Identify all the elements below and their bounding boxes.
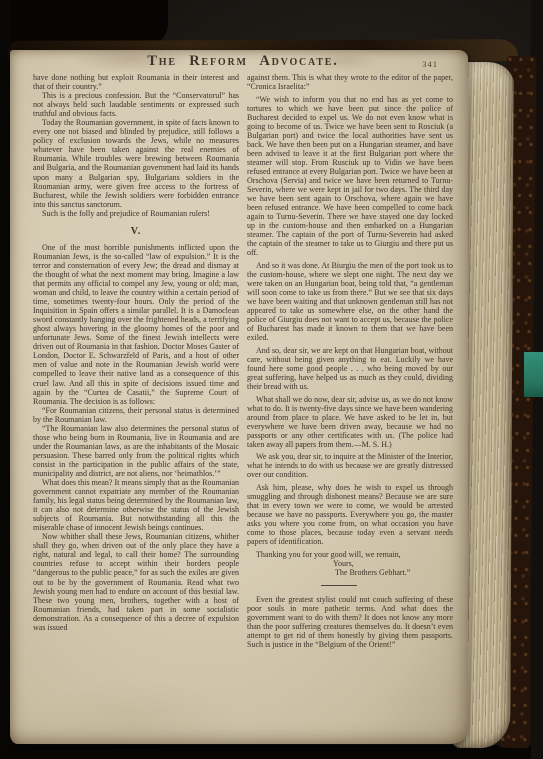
paragraph: have done nothing but exploit Roumania i… [33, 73, 239, 91]
paragraph: “For Roumanian citizens, their personal … [33, 406, 239, 424]
paragraph: Ask him, please, why does he wish to exp… [247, 483, 453, 546]
section-divider [321, 585, 357, 586]
paragraph: Today the Roumanian government, in spite… [33, 118, 239, 208]
closing-signature: The Brothers Gebhart.” [247, 568, 453, 577]
page-header: The Reform Advocate. 341 [10, 53, 462, 70]
page-stain [30, 680, 240, 744]
paragraph: We ask you, dear sir, to inquire at the … [247, 452, 453, 479]
paragraph: And so, dear sir, we are kept on that Hu… [247, 346, 453, 391]
paragraph: “We wish to inform you that no end has a… [247, 95, 453, 258]
paragraph: One of the most horrible punishments inf… [33, 243, 239, 406]
paragraph: Such is the folly and prejudice of Rouma… [33, 209, 239, 218]
paragraph: And so it was done. At Biurgiu the men o… [247, 261, 453, 342]
paragraph: Even the greatest stylist could not couc… [247, 595, 453, 649]
page-title: The Reform Advocate. [10, 53, 462, 70]
paragraph: This is a precious confession. But the “… [33, 91, 239, 118]
right-column: against them. This is what they wrote to… [247, 73, 453, 649]
left-column: have done nothing but exploit Roumania i… [33, 73, 239, 632]
paragraph: What does this mean? It means simply tha… [33, 478, 239, 532]
page-number: 341 [422, 59, 438, 69]
paragraph: against them. This is what they wrote to… [247, 73, 453, 91]
closing-line: Thanking you for your good will, we rema… [247, 550, 453, 559]
paragraph: “The Roumanian law also determines the p… [33, 424, 239, 478]
background-shadow-topleft [0, 0, 168, 46]
book-scan: The Reform Advocate. 341 have done nothi… [0, 0, 543, 759]
green-bookmark [524, 352, 543, 397]
section-heading: V. [33, 227, 239, 236]
paragraph: Now whither shall these Jews, Roumanian … [33, 532, 239, 632]
paragraph: What shall we do now, dear sir, advise u… [247, 395, 453, 449]
book-page: The Reform Advocate. 341 have done nothi… [10, 50, 468, 744]
closing-yours: Yours, [247, 559, 453, 568]
